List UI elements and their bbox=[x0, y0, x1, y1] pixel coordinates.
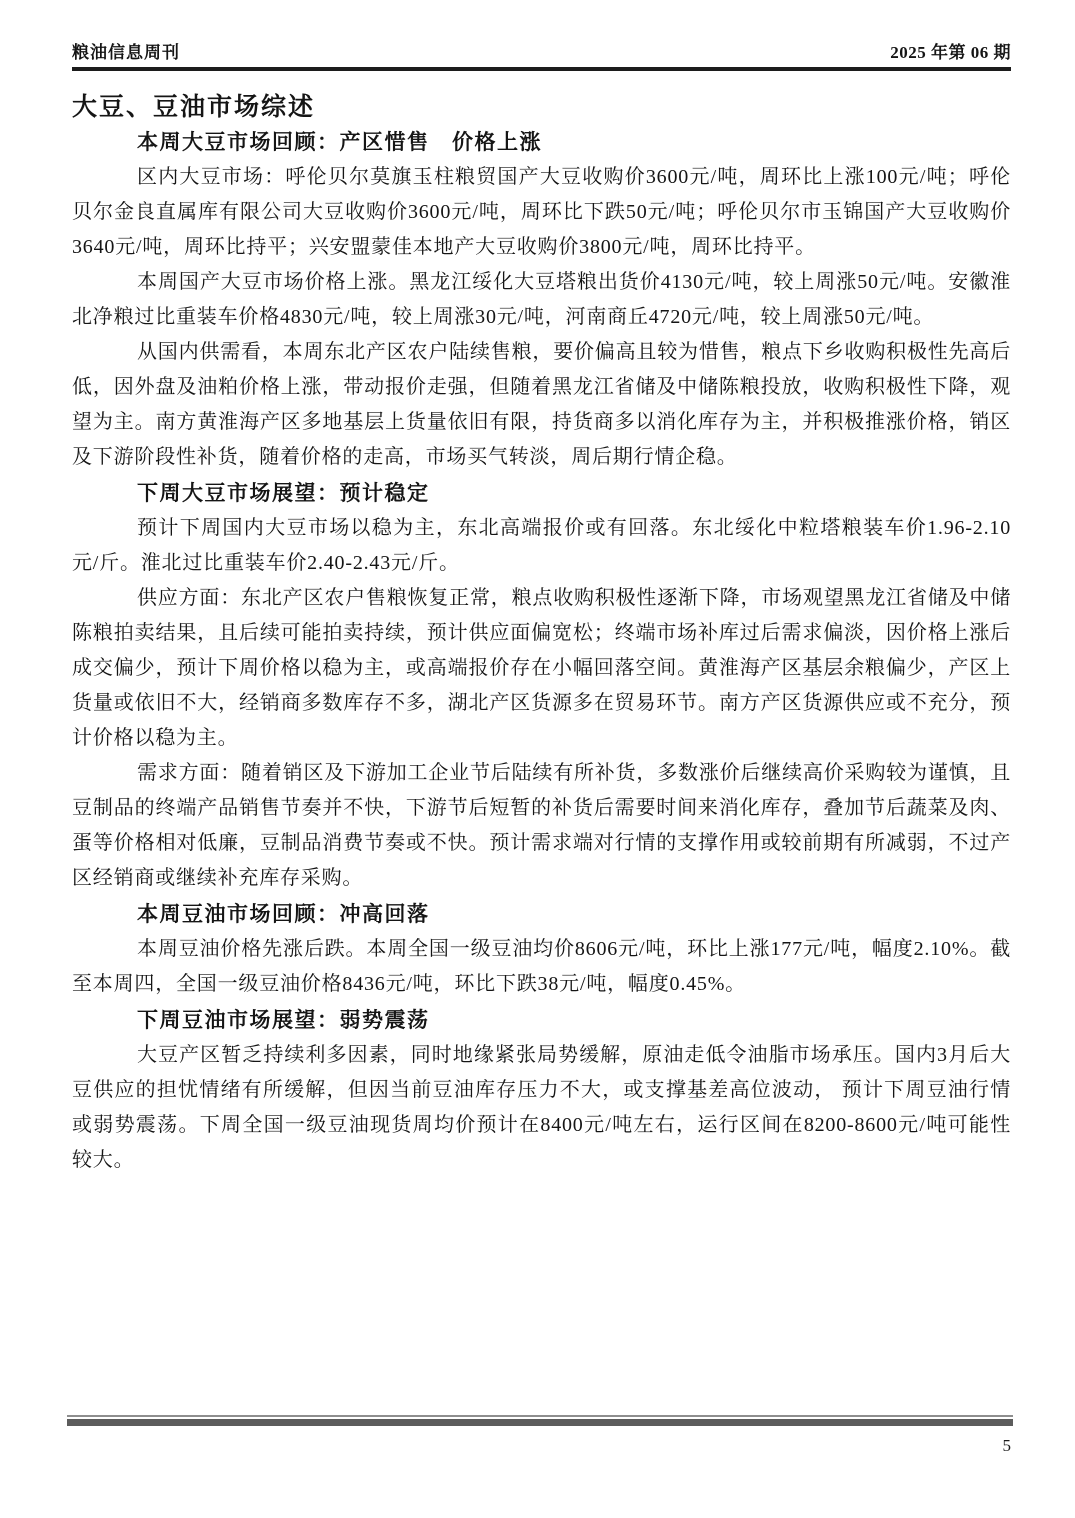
paragraph: 供应方面：东北产区农户售粮恢复正常，粮点收购积极性逐渐下降，市场观望黑龙江省储及… bbox=[72, 581, 1011, 756]
paragraph: 从国内供需看，本周东北产区农户陆续售粮，要价偏高且较为惜售，粮点下乡收购积极性先… bbox=[72, 335, 1011, 475]
paragraph: 大豆产区暂乏持续利多因素，同时地缘紧张局势缓解，原油走低令油脂市场承压。国内3月… bbox=[72, 1038, 1011, 1178]
page-title: 大豆、豆油市场综述 bbox=[72, 91, 1011, 123]
section-soyoil-next-week-outlook: 下周豆油市场展望：弱势震荡 大豆产区暂乏持续利多因素，同时地缘紧张局势缓解，原油… bbox=[72, 1003, 1011, 1178]
section-heading: 本周大豆市场回顾：产区惜售 价格上涨 bbox=[137, 125, 1011, 159]
paragraph: 需求方面：随着销区及下游加工企业节后陆续有所补货，多数涨价后继续高价采购较为谨慎… bbox=[72, 756, 1011, 896]
paragraph: 预计下周国内大豆市场以稳为主，东北高端报价或有回落。东北绥化中粒塔粮装车价1.9… bbox=[72, 511, 1011, 581]
section-soybean-week-review: 本周大豆市场回顾：产区惜售 价格上涨 区内大豆市场：呼伦贝尔莫旗玉柱粮贸国产大豆… bbox=[72, 125, 1011, 475]
section-heading: 下周大豆市场展望：预计稳定 bbox=[137, 476, 1011, 510]
journal-title: 粮油信息周刊 bbox=[72, 38, 180, 63]
issue-number: 2025 年第 06 期 bbox=[890, 38, 1011, 63]
page-number: 5 bbox=[67, 1436, 1013, 1456]
page-header: 粮油信息周刊 2025 年第 06 期 bbox=[72, 38, 1011, 71]
section-soybean-next-week-outlook: 下周大豆市场展望：预计稳定 预计下周国内大豆市场以稳为主，东北高端报价或有回落。… bbox=[72, 476, 1011, 896]
document-page: 粮油信息周刊 2025 年第 06 期 大豆、豆油市场综述 本周大豆市场回顾：产… bbox=[0, 0, 1075, 1518]
footer-rule-thick bbox=[67, 1419, 1013, 1426]
section-soyoil-week-review: 本周豆油市场回顾：冲高回落 本周豆油价格先涨后跌。本周全国一级豆油均价8606元… bbox=[72, 897, 1011, 1002]
paragraph: 本周豆油价格先涨后跌。本周全国一级豆油均价8606元/吨，环比上涨177元/吨，… bbox=[72, 932, 1011, 1002]
footer-rule-thin bbox=[67, 1415, 1013, 1417]
section-heading: 本周豆油市场回顾：冲高回落 bbox=[137, 897, 1011, 931]
paragraph: 本周国产大豆市场价格上涨。黑龙江绥化大豆塔粮出货价4130元/吨，较上周涨50元… bbox=[72, 265, 1011, 335]
paragraph: 区内大豆市场：呼伦贝尔莫旗玉柱粮贸国产大豆收购价3600元/吨，周环比上涨100… bbox=[72, 160, 1011, 265]
page-footer: 5 bbox=[67, 1415, 1013, 1456]
section-heading: 下周豆油市场展望：弱势震荡 bbox=[137, 1003, 1011, 1037]
